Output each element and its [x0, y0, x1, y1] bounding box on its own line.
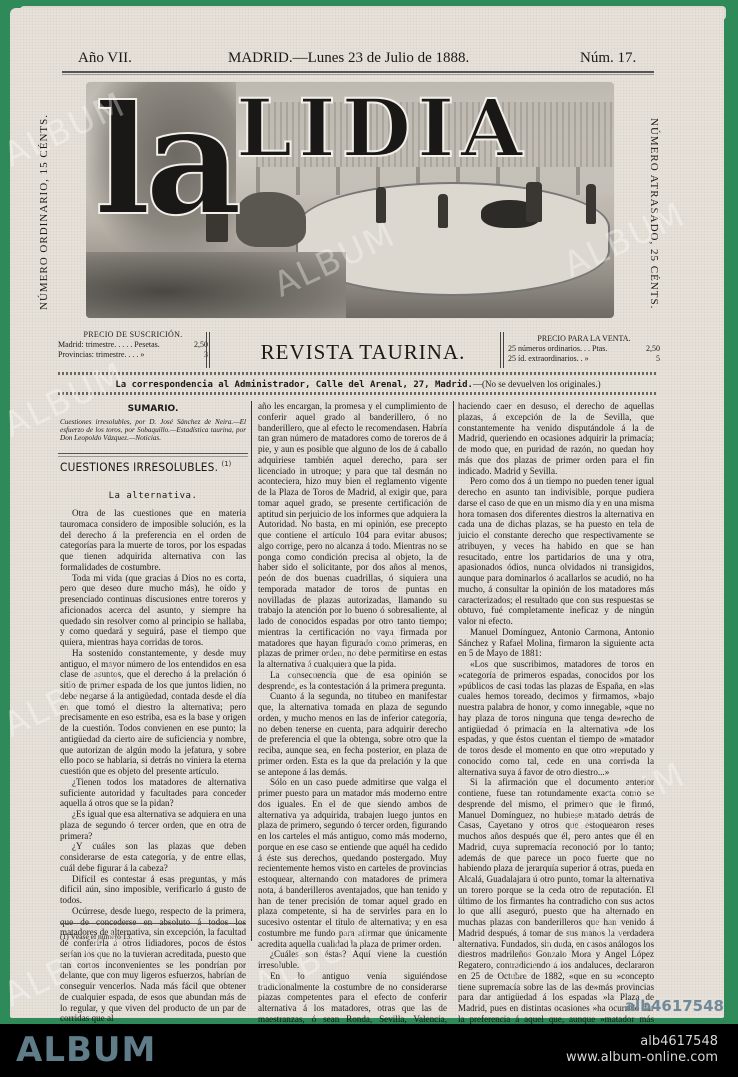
- paragraph: La consecuencia que de esa opinión se de…: [258, 670, 447, 692]
- footer-website-link[interactable]: www.album-online.com: [566, 1050, 718, 1066]
- correspondence-note: —(No se devuelven los originales.): [473, 379, 601, 389]
- year-label: Año VII.: [78, 50, 132, 67]
- footnote-mark: (1): [222, 460, 232, 468]
- price-ordinary-vertical: NÚMERO ORDINARIO, 15 CÉNTS.: [38, 114, 50, 310]
- footer-image-id: alb4617548: [566, 1034, 718, 1050]
- price-back-issue-vertical: NÚMERO ATRASADO, 25 CÉNTS.: [648, 118, 660, 309]
- subscription-heading: PRECIO DE SUSCRICIÓN.: [58, 330, 208, 340]
- paragraph: Cuanto á la segunda, no titubeo en manif…: [258, 691, 447, 777]
- article-column-1: Otra de las cuestiones que en materia ta…: [60, 508, 246, 1024]
- subscription-row: PRECIO DE SUSCRICIÓN. Madrid: trimestre.…: [58, 330, 658, 374]
- article-subtitle: La alternativa.: [60, 491, 246, 501]
- wavy-rule: [58, 392, 658, 395]
- sumario-rule-thin: [58, 456, 248, 457]
- masthead-rule: [62, 71, 654, 73]
- torero-figure: [376, 187, 386, 223]
- paragraph: «Los que suscribimos, matadores de toros…: [458, 659, 654, 777]
- banderillero-figure: [586, 184, 596, 224]
- masthead-illustration: la LIDIA: [86, 82, 614, 318]
- divider-double: [206, 332, 210, 368]
- sale-row-ordinary: 25 números ordinarios. . . Ptas. 2,50: [508, 344, 660, 354]
- sumario-heading: SUMARIO.: [60, 404, 246, 414]
- sale-value: 5: [656, 354, 660, 364]
- divider-double: [500, 332, 504, 368]
- paragraph: haciendo caer en desuso, el derecho de a…: [458, 401, 654, 476]
- wavy-rule: [58, 372, 658, 375]
- subscription-row-provincias: Provincias: trimestre. . . . » 3: [58, 350, 208, 360]
- paragraph: Toda mi vida (que gracias á Dios no es c…: [60, 573, 246, 648]
- paragraph: ¿Cuáles son éstas? Aquí viene la cuestió…: [258, 949, 447, 971]
- correspondence-address: La correspondencia al Administrador, Cal…: [115, 380, 473, 390]
- matador-figure: [438, 194, 448, 228]
- subscription-label: Madrid: trimestre. . . . . Pesetas.: [58, 340, 160, 350]
- paragraph: Difícil es contestar á esas preguntas, y…: [60, 874, 246, 906]
- sale-heading: PRECIO PARA LA VENTA.: [508, 334, 660, 344]
- paragraph: año les encargan, la promesa y el cumpli…: [258, 401, 447, 670]
- correspondence-notice: La correspondencia al Administrador, Cal…: [58, 379, 658, 390]
- subtitle-revista-taurina: REVISTA TAURINA.: [238, 340, 488, 365]
- article-title: CUESTIONES IRRESOLUBLES. (1): [60, 460, 231, 474]
- paragraph: ¿Tienen todos los matadores de alternati…: [60, 777, 246, 809]
- picador-figure: [526, 182, 542, 222]
- paragraph: Otra de las cuestiones que en materia ta…: [60, 508, 246, 573]
- article-title-text: CUESTIONES IRRESOLUBLES.: [60, 460, 218, 474]
- resting-bull: [236, 192, 306, 247]
- foreground-still-life: [86, 252, 346, 318]
- paragraph: Sólo en un caso puede admitirse que valg…: [258, 777, 447, 949]
- footer-bar: ALBUM alb4617548 www.album-online.com: [0, 1024, 738, 1077]
- sale-prices: PRECIO PARA LA VENTA. 25 números ordinar…: [508, 334, 660, 364]
- title-la: la: [94, 86, 236, 236]
- article-column-2: año les encargan, la promesa y el cumpli…: [258, 401, 447, 1057]
- article-column-3: haciendo caer en desuso, el derecho de a…: [458, 401, 654, 1046]
- sale-label: 25 números ordinarios. . . Ptas.: [508, 344, 607, 354]
- paragraph: Manuel Domínguez, Antonio Carmona, Anton…: [458, 627, 654, 659]
- sale-label: 25 íd. extraordinarios. . »: [508, 354, 589, 364]
- image-id-stamp: alb4617548: [625, 997, 724, 1015]
- footer-meta: alb4617548 www.album-online.com: [566, 1034, 718, 1066]
- masthead-info-line: Año VII. MADRID.—Lunes 23 de Julio de 18…: [68, 50, 658, 70]
- sumario-text: Cuestiones irresolubles, por D. José Sán…: [60, 418, 246, 442]
- sale-value: 2,50: [646, 344, 660, 354]
- album-logo: ALBUM: [16, 1030, 156, 1070]
- dateline: MADRID.—Lunes 23 de Julio de 1888.: [228, 50, 469, 67]
- paragraph: ¿Y cuáles son las plazas que deben consi…: [60, 841, 246, 873]
- issue-number: Núm. 17.: [580, 50, 636, 67]
- paragraph: Pero como dos á un tiempo no pueden tene…: [458, 476, 654, 627]
- footnote: (1) Véase el número 13.: [60, 932, 132, 941]
- footnote-rule: [60, 923, 246, 924]
- subscription-prices: PRECIO DE SUSCRICIÓN. Madrid: trimestre.…: [58, 330, 208, 360]
- title-lidia: LIDIA: [236, 88, 529, 168]
- subscription-label: Provincias: trimestre. . . . »: [58, 350, 144, 360]
- subscription-row-madrid: Madrid: trimestre. . . . . Pesetas. 2,50: [58, 340, 208, 350]
- column-divider: [453, 401, 454, 941]
- paragraph: Ha sostenido constantemente, y desde muy…: [60, 648, 246, 777]
- sumario-rule: [58, 453, 248, 454]
- masthead-rule-thin: [62, 74, 654, 75]
- paragraph: ¿Es igual que esa alternativa se adquier…: [60, 809, 246, 841]
- column-divider: [251, 401, 252, 941]
- sale-row-extra: 25 íd. extraordinarios. . » 5: [508, 354, 660, 364]
